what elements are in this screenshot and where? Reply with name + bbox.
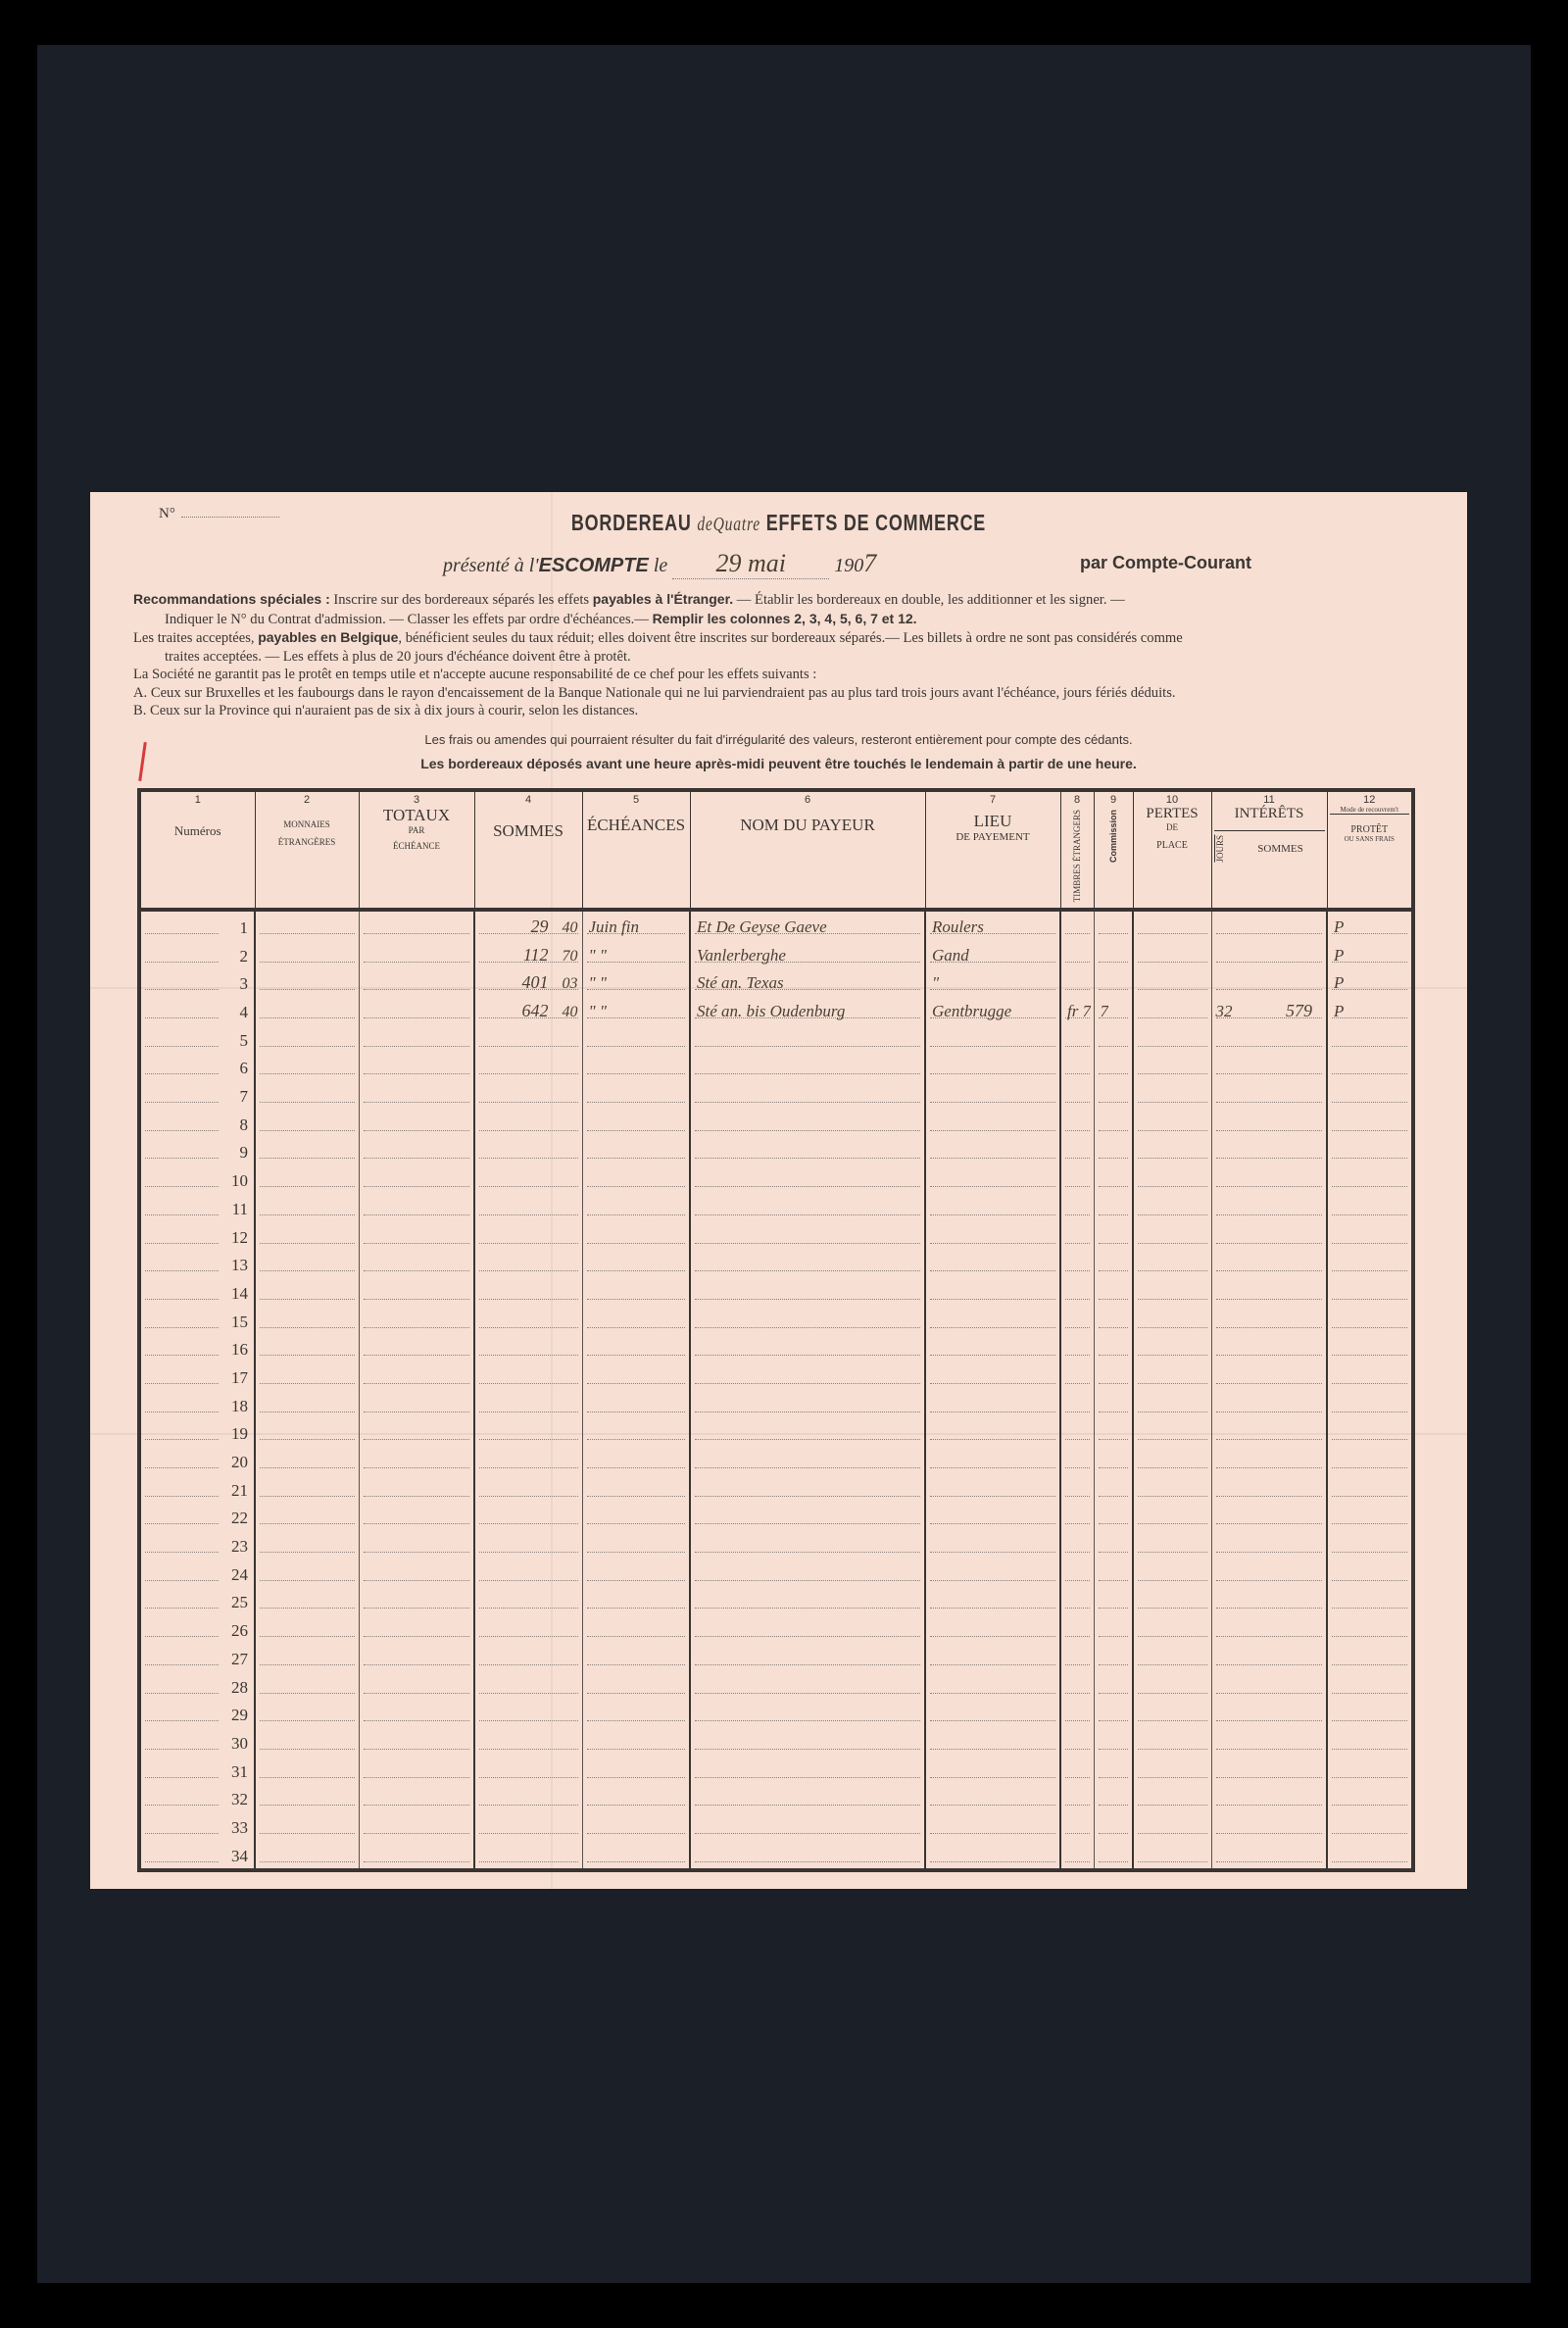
cell-payeur: Sté an. bis Oudenburg [690,996,925,1024]
dotted-rule [1099,1186,1129,1187]
dotted-rule [1216,1102,1323,1103]
cell-monnaies [255,1334,359,1362]
dotted-rule [260,1580,355,1581]
dotted-rule [1099,989,1129,990]
cell-blank-left: 8 [139,1109,255,1137]
year-handwritten: 7 [863,549,876,577]
dotted-rule [145,1720,219,1721]
cell-timbres [1060,1053,1094,1081]
year-printed: 190 [834,555,863,576]
cell-totaux [359,940,474,968]
dotted-rule [1065,1664,1090,1665]
cell-mode [1327,1362,1413,1390]
dotted-rule [1065,1073,1090,1074]
sommes-francs: 401 [522,972,549,993]
dotted-rule [1099,1833,1129,1834]
cell-blank-left: 17 [139,1362,255,1390]
dotted-rule [479,1327,578,1328]
dotted-rule [260,1327,355,1328]
handwritten-date: 29 mai [672,549,829,579]
dotted-rule [695,1270,920,1271]
cell-echeance [582,1784,690,1812]
table-row: 28 [139,1671,1413,1700]
dotted-rule [1332,1186,1407,1187]
cell-blank-left: 27 [139,1643,255,1671]
dotted-rule [695,1243,920,1244]
cell-blank-left: 23 [139,1530,255,1559]
cell-payeur [690,1080,925,1109]
cell-blank-left: 18 [139,1390,255,1418]
cell-timbres [1060,1446,1094,1474]
cell-commission [1094,1306,1133,1334]
row-number: 11 [232,1200,248,1219]
dotted-rule [1065,962,1090,963]
cell-blank-left: 15 [139,1306,255,1334]
dotted-rule [1138,1693,1207,1694]
cell-echeance [582,1446,690,1474]
sommes-francs: 112 [523,945,549,966]
cell-mode [1327,1024,1413,1053]
reco-item-a: A. Ceux sur Bruxelles et les faubourgs d… [133,684,1427,703]
dotted-rule [1216,1383,1323,1384]
dotted-rule [1138,962,1207,963]
dotted-rule [695,1412,920,1412]
cell-echeance [582,1727,690,1756]
dotted-rule [260,1777,355,1778]
dotted-rule [364,1749,470,1750]
dotted-rule [1332,1102,1407,1103]
cell-mode [1327,1164,1413,1193]
cell-timbres [1060,968,1094,997]
cell-totaux [359,968,474,997]
col-totaux: 3TOTAUXPARÉCHÉANCE [359,790,474,910]
cell-mode [1327,1390,1413,1418]
col-sommes: 4SOMMES [474,790,582,910]
cell-lieu [925,1137,1060,1165]
cell-sommes [474,1587,582,1615]
cell-monnaies [255,1474,359,1503]
cell-blank-left: 13 [139,1250,255,1278]
cell-monnaies [255,1671,359,1700]
dotted-rule [145,1580,219,1581]
cell-totaux [359,1700,474,1728]
dotted-rule [145,1664,219,1665]
cell-echeance-value: " " [589,1002,608,1021]
dotted-rule [695,1636,920,1637]
cell-commission [1094,1164,1133,1193]
title-prefix: BORDEREAU [571,510,692,535]
cell-payeur [690,1418,925,1447]
sommes-francs: 29 [531,916,549,937]
table-row: 8 [139,1109,1413,1137]
dotted-rule [1099,1299,1129,1300]
reco-text: , bénéficient seules du taux réduit; ell… [398,630,1182,646]
table-row: 33 [139,1811,1413,1840]
dotted-rule [695,1664,920,1665]
row-number: 12 [231,1228,248,1248]
cell-commission [1094,1390,1133,1418]
dotted-rule [587,1467,686,1468]
cell-mode [1327,1137,1413,1165]
dotted-rule [1332,1608,1407,1609]
dotted-rule [1065,1270,1090,1271]
dotted-rule [930,1496,1055,1497]
table-row: 32 [139,1784,1413,1812]
dotted-rule [1216,1777,1323,1778]
dotted-rule [479,1805,578,1806]
cell-totaux [359,1446,474,1474]
cell-pertes [1133,1250,1211,1278]
dotted-rule [930,1102,1055,1103]
dotted-rule [1216,1270,1323,1271]
dotted-rule [479,1412,578,1412]
dotted-rule [1138,1355,1207,1356]
dotted-rule [587,1439,686,1440]
row-number: 22 [231,1509,248,1528]
cell-payeur [690,1306,925,1334]
cell-totaux [359,1614,474,1643]
dotted-rule [1332,1158,1407,1159]
dotted-rule [364,1383,470,1384]
cell-pertes [1133,1024,1211,1053]
cell-totaux [359,1503,474,1531]
table-row: 19 [139,1418,1413,1447]
cell-pertes [1133,1053,1211,1081]
dotted-rule [1332,1523,1407,1524]
cell-sommes [474,1362,582,1390]
dotted-rule [260,1608,355,1609]
dotted-rule [1332,1777,1407,1778]
cell-payeur [690,1671,925,1700]
dotted-rule [1332,1439,1407,1440]
cell-payeur [690,1811,925,1840]
cell-mode [1327,1559,1413,1587]
cell-payeur [690,1530,925,1559]
cell-echeance [582,1474,690,1503]
cell-pertes [1133,1334,1211,1362]
number-label: N° [159,506,175,521]
dotted-rule [1138,1833,1207,1834]
table-row: 27 [139,1643,1413,1671]
table-row: 5 [139,1024,1413,1053]
dotted-rule [587,1580,686,1581]
cell-sommes [474,1221,582,1250]
reco-text: — Établir les bordereaux en double, les … [733,592,1125,608]
dotted-rule [1138,1270,1207,1271]
cell-sommes [474,1418,582,1447]
cell-sommes: 64240 [474,996,582,1024]
dotted-rule [1065,1552,1090,1553]
cell-totaux [359,1756,474,1784]
cell-lieu [925,1164,1060,1193]
cell-monnaies [255,1446,359,1474]
cell-timbres [1060,910,1094,940]
table-row: 15 [139,1306,1413,1334]
cell-interets [1211,1474,1327,1503]
dotted-rule [930,1664,1055,1665]
dotted-rule [145,1608,219,1609]
dotted-rule [695,1608,920,1609]
cell-totaux [359,1221,474,1250]
cell-blank-left: 26 [139,1614,255,1643]
cell-pertes [1133,1306,1211,1334]
cell-timbres [1060,1700,1094,1728]
row-number: 15 [231,1313,248,1332]
dotted-rule [930,1552,1055,1553]
dotted-rule [1138,989,1207,990]
cell-mode-value: P [1334,973,1344,993]
cell-blank-left: 19 [139,1418,255,1447]
cell-totaux [359,1306,474,1334]
dotted-rule [145,1833,219,1834]
dotted-rule [1065,1102,1090,1103]
account-type: par Compte-Courant [1080,553,1251,573]
dotted-rule [1065,1327,1090,1328]
dotted-rule [1099,1383,1129,1384]
row-number: 8 [240,1115,249,1135]
dotted-rule [1216,1046,1323,1047]
cell-lieu [925,1643,1060,1671]
dotted-rule [145,1243,219,1244]
dotted-rule [1216,1693,1323,1694]
dotted-rule [364,1636,470,1637]
dotted-rule [1216,1355,1323,1356]
row-number: 27 [231,1650,248,1669]
cell-interets [1211,1362,1327,1390]
dotted-rule [1216,1580,1323,1581]
cell-totaux [359,1784,474,1812]
dotted-rule [695,1327,920,1328]
dotted-rule [1099,1496,1129,1497]
dotted-rule [1332,1299,1407,1300]
dotted-rule [1099,1552,1129,1553]
cell-monnaies [255,1193,359,1221]
table-row: 21 [139,1474,1413,1503]
cell-interets [1211,910,1327,940]
row-number: 32 [231,1790,248,1809]
cell-timbres [1060,1840,1094,1870]
dotted-rule [364,1861,470,1862]
dotted-rule [1138,1412,1207,1412]
cell-timbres [1060,1474,1094,1503]
dotted-rule [145,1158,219,1159]
cell-blank-left: 14 [139,1277,255,1306]
cell-echeance [582,1390,690,1418]
dotted-rule [930,1636,1055,1637]
dotted-rule [587,1552,686,1553]
dotted-rule [1065,1777,1090,1778]
cell-interets [1211,1446,1327,1474]
cell-blank-left: 5 [139,1024,255,1053]
cell-timbres [1060,1811,1094,1840]
cell-lieu: Gentbrugge [925,996,1060,1024]
cell-monnaies [255,1250,359,1278]
cell-blank-left: 29 [139,1700,255,1728]
dotted-rule [695,1833,920,1834]
dotted-rule [587,1327,686,1328]
cell-mode [1327,1109,1413,1137]
cell-timbres [1060,1334,1094,1362]
dotted-rule [1065,1214,1090,1215]
cell-mode: P [1327,968,1413,997]
dotted-rule [479,1496,578,1497]
cell-payeur [690,1024,925,1053]
cell-echeance [582,1530,690,1559]
cell-mode [1327,1614,1413,1643]
dotted-rule [1216,1243,1323,1244]
cell-blank-left: 11 [139,1193,255,1221]
dotted-rule [479,1355,578,1356]
dotted-rule [1332,1720,1407,1721]
table-row: 34 [139,1840,1413,1870]
dotted-rule [1332,1636,1407,1637]
cell-payeur [690,1193,925,1221]
cell-lieu [925,1559,1060,1587]
dotted-rule [1216,1467,1323,1468]
dotted-rule [260,1158,355,1159]
cell-interets [1211,1418,1327,1447]
cell-totaux [359,1109,474,1137]
dotted-rule [145,1439,219,1440]
table-row: 29 [139,1700,1413,1728]
dotted-rule [364,1805,470,1806]
cell-commission [1094,1277,1133,1306]
dotted-rule [260,1496,355,1497]
dotted-rule [695,1467,920,1468]
dotted-rule [930,1073,1055,1074]
dotted-rule [145,1046,219,1047]
cell-monnaies [255,910,359,940]
dotted-rule [364,1270,470,1271]
dotted-rule [260,1130,355,1131]
table-row: 211270" "VanlerbergheGandP [139,940,1413,968]
cell-monnaies [255,1756,359,1784]
cell-interets [1211,1024,1327,1053]
cell-interets [1211,1614,1327,1643]
cell-timbres-value: fr 7 [1067,1002,1091,1021]
dotted-rule [260,989,355,990]
dotted-rule [1332,1270,1407,1271]
dotted-rule [364,1158,470,1159]
cell-pertes [1133,968,1211,997]
dotted-rule [145,1861,219,1862]
cell-lieu [925,1193,1060,1221]
table-row: 7 [139,1080,1413,1109]
dotted-rule [145,1130,219,1131]
dotted-rule [364,1693,470,1694]
dotted-rule [1332,1073,1407,1074]
cell-monnaies [255,1418,359,1447]
cell-pertes [1133,1164,1211,1193]
cell-interets [1211,1390,1327,1418]
dotted-rule [364,1102,470,1103]
cell-payeur [690,1643,925,1671]
presented-prefix: présenté à l' [443,555,539,576]
cell-lieu: " [925,968,1060,997]
cell-echeance [582,1700,690,1728]
dotted-rule [479,1158,578,1159]
cell-blank-left: 12 [139,1221,255,1250]
cell-timbres [1060,1164,1094,1193]
dotted-rule [364,1017,470,1018]
dotted-rule [1065,1130,1090,1131]
dotted-rule [260,1073,355,1074]
cell-commission [1094,940,1133,968]
cell-blank-left: 1 [139,910,255,940]
cell-commission [1094,1250,1133,1278]
dotted-rule [695,1158,920,1159]
dotted-rule [364,1580,470,1581]
table-row: 17 [139,1362,1413,1390]
dotted-rule [587,1693,686,1694]
dotted-rule [1099,1720,1129,1721]
cell-lieu: Gand [925,940,1060,968]
dotted-rule [1138,1861,1207,1862]
cell-commission [1094,1756,1133,1784]
cell-commission [1094,1671,1133,1700]
row-number: 14 [231,1284,248,1304]
cell-lieu [925,1671,1060,1700]
cell-timbres [1060,1643,1094,1671]
cell-interets [1211,968,1327,997]
cell-commission [1094,1784,1133,1812]
dotted-rule [145,1496,219,1497]
dotted-rule [930,1749,1055,1750]
dotted-rule [1138,1777,1207,1778]
cell-totaux [359,1727,474,1756]
cell-echeance [582,1277,690,1306]
cell-commission-value: 7 [1101,1002,1109,1021]
dotted-rule [260,1243,355,1244]
cell-lieu [925,1756,1060,1784]
cell-pertes [1133,1784,1211,1812]
dotted-rule [587,1861,686,1862]
row-number: 26 [231,1621,248,1641]
cell-pertes [1133,1418,1211,1447]
cell-totaux [359,1250,474,1278]
row-number: 23 [231,1537,248,1557]
dotted-rule [145,1270,219,1271]
dotted-rule [479,1552,578,1553]
dotted-rule [1138,1496,1207,1497]
escompte-label: ESCOMPTE [539,555,649,576]
cell-pertes [1133,1362,1211,1390]
cell-sommes [474,1306,582,1334]
dotted-rule [587,1158,686,1159]
dotted-rule [1099,1805,1129,1806]
dotted-rule [260,1383,355,1384]
cell-lieu [925,1306,1060,1334]
cell-mode-value: P [1334,917,1344,937]
dotted-rule [695,1496,920,1497]
dotted-rule [1332,1580,1407,1581]
table-row: 10 [139,1164,1413,1193]
dotted-rule [1216,1833,1323,1834]
dotted-rule [1216,1805,1323,1806]
dotted-rule [479,1749,578,1750]
dotted-rule [260,1355,355,1356]
cell-payeur [690,1053,925,1081]
table-row: 6 [139,1053,1413,1081]
table-row: 22 [139,1503,1413,1531]
cell-monnaies [255,1559,359,1587]
cell-echeance: " " [582,940,690,968]
dotted-rule [1099,1355,1129,1356]
dotted-rule [1065,1608,1090,1609]
dotted-rule [1065,1355,1090,1356]
reco-text: La Société ne garantit pas le protêt en … [133,666,1427,684]
cell-commission [1094,1727,1133,1756]
